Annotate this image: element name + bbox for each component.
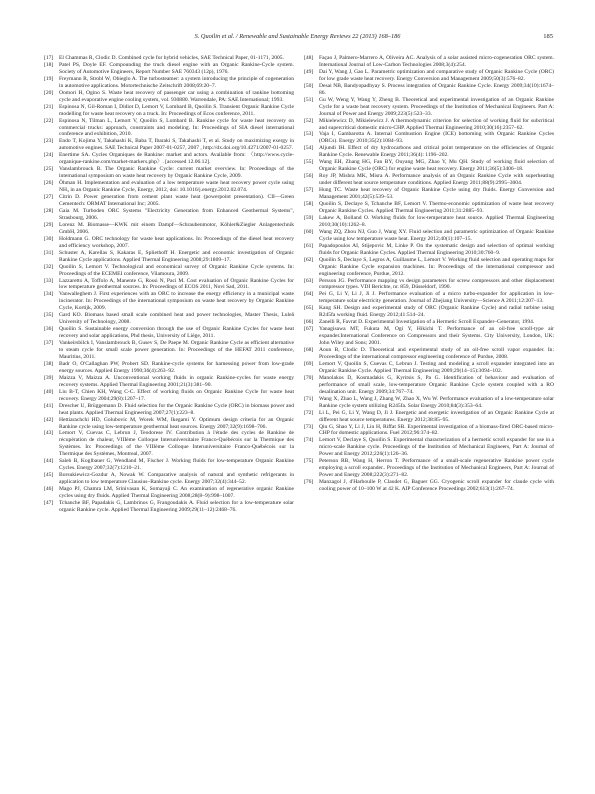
reference-text: Peterson RB, Wang H, Herron T. Performan… (319, 458, 554, 478)
reference-text: Holdmann G. ORC technology for waste hea… (59, 236, 294, 249)
reference-number: [28] (44, 208, 53, 215)
reference-entry: [60]Wang ZQ, Zhou NJ, Guo J, Wang XY. Fl… (304, 229, 554, 243)
reference-text: Gu W, Weng Y, Wang Y, Zheng B. Theoretic… (319, 97, 554, 117)
reference-entry: [70]Manolakos D, Kosmadakis G, Kyritsis … (304, 375, 554, 396)
reference-text: Quoilin S. Sustainable energy conversion… (59, 326, 294, 339)
reference-text: Manzagol J, d'Harboulle P, Claudet G, Ba… (319, 479, 554, 492)
reference-number: [45] (44, 472, 53, 479)
reference-text: Freymann R, Strobl W, Obieglo A. The tur… (59, 76, 294, 89)
reference-number: [64] (304, 291, 313, 298)
reference-text: Enertime SA. Cycles Organiques de Rankin… (59, 152, 294, 165)
reference-number: [57] (304, 187, 313, 194)
reference-entry: [52]Mikielewicz D, Mikielewicz J. A ther… (304, 118, 554, 132)
reference-number: [23] (44, 138, 53, 145)
reference-number: [58] (304, 201, 313, 208)
reference-entry: [17]El Chammas R, Clodic D. Combined cyc… (44, 55, 294, 62)
reference-number: [42] (44, 417, 53, 424)
reference-number: [65] (304, 305, 313, 312)
reference-entry: [74]Lemort V, Declaye S, Quoilin S. Expe… (304, 437, 554, 458)
reference-entry: [20]Oomori H, Ogino S. Waste heat recove… (44, 90, 294, 104)
reference-number: [76] (304, 479, 313, 486)
reference-number: [30] (44, 236, 53, 243)
reference-text: El Chammas R, Clodic D. Combined cycle f… (59, 55, 284, 61)
reference-number: [59] (304, 215, 313, 222)
reference-text: Quoilin S, Lemort V. Technological and e… (59, 264, 294, 277)
reference-text: Quoilin S, Declaye S, Legros A, Guillaum… (319, 257, 554, 277)
reference-entry: [46]Mago PJ, Chamra LM, Srinivasan K, So… (44, 486, 294, 500)
reference-text: Aljundi IH. Effect of dry hydrocarbons a… (319, 145, 554, 158)
reference-entry: [59]Lakew A, Bolland O. Working fluids f… (304, 215, 554, 229)
reference-text: Roy JP, Mishra MK, Misra A. Performance … (319, 173, 554, 186)
reference-number: [56] (304, 173, 313, 180)
reference-entry: [35]Gard KO. Biomass based small scale c… (44, 312, 294, 326)
reference-number: [37] (44, 340, 53, 347)
reference-number: [34] (44, 291, 53, 298)
reference-entry: [45]Borsukiewicz-Gozdur A, Nowak W. Comp… (44, 472, 294, 486)
reference-number: [38] (44, 361, 53, 368)
reference-text: Liu B-T, Chien KH, Wang C-C. Effect of w… (59, 389, 294, 402)
reference-number: [47] (44, 500, 53, 507)
reference-number: [41] (44, 403, 53, 410)
reference-text: Wang ZQ, Zhou NJ, Guo J, Wang XY. Fluid … (319, 229, 554, 242)
reference-entry: [44]Saleh B, Koglbauer G, Wendland M, Fi… (44, 458, 294, 472)
reference-text: Qiu G, Shao Y, Li J, Liu H, Riffat SB. E… (319, 424, 554, 437)
references-column-right: [48]Façao J, Palmero-Marrero A, Oliveira… (304, 55, 554, 493)
reference-number: [71] (304, 396, 313, 403)
reference-number: [25] (44, 166, 53, 173)
reference-text: Lazzaretto A, Toffolo A, Manente G, Ross… (59, 278, 294, 291)
reference-text: Vankeirsbilck I, Vanslambrouck B, Gusev … (59, 340, 294, 360)
reference-number: [35] (44, 312, 53, 319)
reference-entry: [76]Manzagol J, d'Harboulle P, Claudet G… (304, 479, 554, 493)
reference-text: Lakew A, Bolland O. Working fluids for l… (319, 215, 554, 228)
reference-entry: [57]Hung TC. Waste heat recovery of Orga… (304, 187, 554, 201)
reference-number: [52] (304, 118, 313, 125)
reference-text: Manolakos D, Kosmadakis G, Kyritsis S, P… (319, 375, 554, 395)
reference-number: [29] (44, 222, 53, 229)
reference-number: [33] (44, 278, 53, 285)
reference-number: [54] (304, 145, 313, 152)
reference-number: [46] (44, 486, 53, 493)
reference-text: Kang SH. Design and experimental study o… (319, 305, 554, 318)
reference-number: [39] (44, 375, 53, 382)
reference-text: Quoilin S, Declaye S, Tchanche BF, Lemor… (319, 201, 554, 214)
reference-text: Hettiarachchi HD, Golubovic M, Worek WM,… (59, 417, 294, 430)
reference-number: [43] (44, 430, 53, 437)
reference-number: [18] (44, 62, 53, 69)
reference-entry: [73]Qiu G, Shao Y, Li J, Liu H, Riffat S… (304, 424, 554, 438)
reference-entry: [30]Holdmann G. ORC technology for waste… (44, 236, 294, 250)
reference-text: Lemort V, Quoilin S, Cuevas C, Lebrun J.… (319, 361, 554, 374)
reference-number: [26] (44, 180, 53, 187)
reference-entry: [43]Lemort V, Cuevas C, Lebrun J, Teodor… (44, 430, 294, 458)
reference-entry: [58]Quoilin S, Declaye S, Tchanche BF, L… (304, 201, 554, 215)
reference-text: Drescher U, Brüggemann D. Fluid selectio… (59, 403, 294, 416)
reference-number: [36] (44, 326, 53, 333)
reference-text: Patel PS, Doyle EF. Compounding the truc… (59, 62, 294, 75)
reference-number: [17] (44, 55, 53, 62)
reference-entry: [42]Hettiarachchi HD, Golubovic M, Worek… (44, 417, 294, 431)
reference-number: [49] (304, 69, 313, 76)
reference-entry: [19]Freymann R, Strobl W, Obieglo A. The… (44, 76, 294, 90)
reference-entry: [28]Gaia M. Turboden ORC Systems "Electr… (44, 208, 294, 222)
reference-text: Saleh B, Koglbauer G, Wendland M, Fische… (59, 458, 294, 471)
reference-entry: [38]Badr O, O'Callaghan PW, Probert SD. … (44, 361, 294, 375)
reference-entry: [37]Vankeirsbilck I, Vanslambrouck B, Gu… (44, 340, 294, 361)
reference-number: [74] (304, 437, 313, 444)
reference-text: Zanelli R, Favrat D. Experimental Invest… (319, 319, 534, 325)
reference-text: Oomori H, Ogino S. Waste heat recovery o… (59, 90, 294, 103)
reference-entry: [48]Façao J, Palmero-Marrero A, Oliveira… (304, 55, 554, 69)
reference-number: [55] (304, 159, 313, 166)
reference-text: Espinosa N, Gil-Roman I, Didiot D, Lemor… (59, 104, 294, 117)
reference-number: [68] (304, 347, 313, 354)
reference-entry: [39]Maizza V, Maizza A. Unconventional w… (44, 375, 294, 389)
reference-entry: [49]Dai Y, Wang J, Gao L. Parametric opt… (304, 69, 554, 83)
reference-text: Persson JG. Performance mapping vs desig… (319, 278, 554, 291)
reference-entry: [65]Kang SH. Design and experimental stu… (304, 305, 554, 319)
reference-number: [21] (44, 104, 53, 111)
reference-number: [66] (304, 319, 313, 326)
reference-entry: [69]Lemort V, Quoilin S, Cuevas C, Lebru… (304, 361, 554, 375)
reference-text: Espinosa N, Tilman L, Lemort V, Quoilin … (59, 118, 294, 138)
reference-text: Lemort V, Cuevas C, Lebrun J, Teodorese … (59, 430, 294, 457)
running-head: S. Quoilin et al. / Renewable and Sustai… (0, 33, 595, 40)
reference-text: Gard KO. Biomass based small scale combi… (59, 312, 294, 325)
reference-text: Gaia M. Turboden ORC Systems "Electricit… (59, 208, 294, 221)
reference-text: Hung TC. Waste heat recovery of Organic … (319, 187, 554, 200)
reference-text: Tchanche BF, Papadakis G, Lambrinos G, F… (59, 500, 294, 513)
reference-number: [20] (44, 90, 53, 97)
reference-text: Badr O, O'Callaghan PW, Probert SD. Rank… (59, 361, 294, 374)
reference-entry: [29]Lorenz M. Biomasse—KWK mit einem Dam… (44, 222, 294, 236)
reference-number: [72] (304, 410, 313, 417)
reference-text: Vanslambrouck B. The Organic Rankine Cyc… (59, 166, 294, 179)
reference-entry: [62]Quoilin S, Declaye S, Legros A, Guil… (304, 257, 554, 278)
reference-number: [70] (304, 375, 313, 382)
reference-entry: [18]Patel PS, Doyle EF. Compounding the … (44, 62, 294, 76)
reference-text: Vanwalleghem J. First experiences with a… (59, 291, 294, 311)
reference-entry: [55]Wang EH, Zhang HG, Fan BY, Ouyang MG… (304, 159, 554, 173)
reference-number: [31] (44, 250, 53, 257)
reference-entry: [50]Desai NB, Bandyopadhyay S. Process i… (304, 83, 554, 97)
reference-text: Lemort V, Declaye S, Quoilin S. Experime… (319, 437, 554, 457)
reference-entry: [64]Pei G, Li Y, Li J, Ji J. Performance… (304, 291, 554, 305)
reference-entry: [71]Wang X, Zhao L, Wang J, Zhang W, Zha… (304, 396, 554, 410)
reference-entry: [54]Aljundi IH. Effect of dry hydrocarbo… (304, 145, 554, 159)
reference-text: Citrin D. Power generation from cement p… (59, 194, 294, 207)
reference-number: [24] (44, 152, 53, 159)
reference-text: Façao J, Palmero-Marrero A, Oliveira AC.… (319, 55, 554, 68)
reference-entry: [72]Li L, Pei G, Li Y, Wang D, Ji J. Ene… (304, 410, 554, 424)
reference-text: Schuster A, Karellas S, Kakaras E, Splie… (59, 250, 294, 263)
reference-number: [61] (304, 243, 313, 250)
reference-text: Li L, Pei G, Li Y, Wang D, Ji J. Energet… (319, 410, 554, 423)
reference-entry: [68]Aoun B, Clodic D. Theoretical and ex… (304, 347, 554, 361)
reference-text: Wang EH, Zhang HG, Fan BY, Ouyang MG, Zh… (319, 159, 554, 172)
reference-number: [19] (44, 76, 53, 83)
reference-number: [53] (304, 131, 313, 138)
reference-text: Maizza V, Maizza A. Unconventional worki… (59, 375, 294, 388)
reference-number: [50] (304, 83, 313, 90)
reference-number: [62] (304, 257, 313, 264)
reference-number: [40] (44, 389, 53, 396)
reference-text: Öhman H. Implementation and evaluation o… (59, 180, 294, 193)
reference-number: [75] (304, 458, 313, 465)
reference-text: Dai Y, Wang J, Gao L. Parametric optimiz… (319, 69, 554, 82)
reference-text: Borsukiewicz-Gozdur A, Nowak W. Comparat… (59, 472, 294, 485)
page-number: 185 (543, 33, 553, 40)
reference-text: Desai NB, Bandyopadhyay S. Process integ… (319, 83, 554, 96)
reference-entry: [67]Yanagisawa MT, Fukuta M, Ogi Y, Hiki… (304, 326, 554, 347)
reference-text: Vaja I, Gambarotta A. Internal Combustio… (319, 131, 554, 144)
reference-entry: [21]Espinosa N, Gil-Roman I, Didiot D, L… (44, 104, 294, 118)
reference-entry: [24]Enertime SA. Cycles Organiques de Ra… (44, 152, 294, 166)
reference-text: Aoun B, Clodic D. Theoretical and experi… (319, 347, 554, 360)
reference-text: Pei G, Li Y, Li J, Ji J. Performance eva… (319, 291, 554, 304)
reference-text: Mago PJ, Chamra LM, Srinivasan K, Somaya… (59, 486, 294, 499)
reference-entry: [33]Lazzaretto A, Toffolo A, Manente G, … (44, 278, 294, 292)
reference-entry: [56]Roy JP, Mishra MK, Misra A. Performa… (304, 173, 554, 187)
reference-number: [60] (304, 229, 313, 236)
page-header: S. Quoilin et al. / Renewable and Sustai… (0, 33, 595, 45)
reference-entry: [36]Quoilin S. Sustainable energy conver… (44, 326, 294, 340)
reference-text: Papadopoulos AI, Stijepovic M, Linke P. … (319, 243, 554, 256)
reference-entry: [41]Drescher U, Brüggemann D. Fluid sele… (44, 403, 294, 417)
reference-text: Yanagisawa MT, Fukuta M, Ogi Y, Hikichi … (319, 326, 554, 346)
reference-entry: [51]Gu W, Weng Y, Wang Y, Zheng B. Theor… (304, 97, 554, 118)
reference-number: [44] (44, 458, 53, 465)
reference-entry: [23]Endo T, Kojima Y, Takahashi K, Baba … (44, 138, 294, 152)
reference-number: [22] (44, 118, 53, 125)
reference-number: [48] (304, 55, 313, 62)
reference-number: [63] (304, 278, 313, 285)
reference-entry: [53]Vaja I, Gambarotta A. Internal Combu… (304, 131, 554, 145)
reference-entry: [31]Schuster A, Karellas S, Kakaras E, S… (44, 250, 294, 264)
reference-entry: [26]Öhman H. Implementation and evaluati… (44, 180, 294, 194)
reference-number: [32] (44, 264, 53, 271)
reference-number: [73] (304, 424, 313, 431)
reference-entry: [32]Quoilin S, Lemort V. Technological a… (44, 264, 294, 278)
reference-text: Mikielewicz D, Mikielewicz J. A thermody… (319, 118, 554, 131)
reference-number: [67] (304, 326, 313, 333)
reference-entry: [25]Vanslambrouck B. The Organic Rankine… (44, 166, 294, 180)
reference-entry: [75]Peterson RB, Wang H, Herron T. Perfo… (304, 458, 554, 479)
reference-entry: [40]Liu B-T, Chien KH, Wang C-C. Effect … (44, 389, 294, 403)
reference-entry: [63]Persson JG. Performance mapping vs d… (304, 278, 554, 292)
references-column-left: [17]El Chammas R, Clodic D. Combined cyc… (44, 55, 294, 514)
reference-number: [27] (44, 194, 53, 201)
reference-entry: [47]Tchanche BF, Papadakis G, Lambrinos … (44, 500, 294, 514)
reference-entry: [27]Citrin D. Power generation from ceme… (44, 194, 294, 208)
reference-number: [51] (304, 97, 313, 104)
reference-number: [69] (304, 361, 313, 368)
reference-entry: [34]Vanwalleghem J. First experiences wi… (44, 291, 294, 312)
reference-entry: [22]Espinosa N, Tilman L, Lemort V, Quoi… (44, 118, 294, 139)
reference-text: Lorenz M. Biomasse—KWK mit einem Dampf—S… (59, 222, 294, 235)
reference-text: Endo T, Kojima Y, Takahashi K, Baba T, I… (59, 138, 294, 151)
reference-entry: [61]Papadopoulos AI, Stijepovic M, Linke… (304, 243, 554, 257)
reference-text: Wang X, Zhao L, Wang J, Zhang W, Zhao X,… (319, 396, 554, 409)
